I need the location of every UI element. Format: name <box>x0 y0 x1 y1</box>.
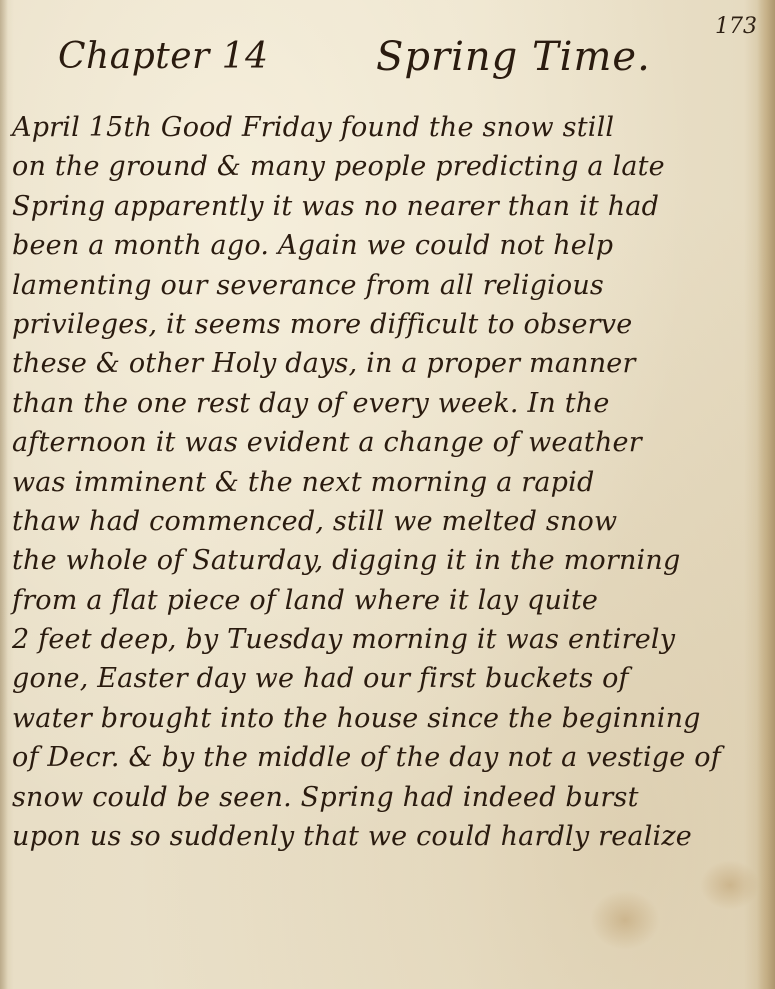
text-line: was imminent & the next morning a rapid <box>12 463 762 502</box>
text-line: from a flat piece of land where it lay q… <box>12 581 762 620</box>
text-line: April 15th Good Friday found the snow st… <box>12 108 762 147</box>
text-line: thaw had commenced, still we melted snow <box>12 502 762 541</box>
chapter-label: Chapter 14 <box>58 36 268 77</box>
page-number: 173 <box>715 14 757 39</box>
text-line: the whole of Saturday, digging it in the… <box>12 541 762 580</box>
text-line: upon us so suddenly that we could hardly… <box>12 817 762 856</box>
text-line: snow could be seen. Spring had indeed bu… <box>12 778 762 817</box>
text-line: of Decr. & by the middle of the day not … <box>12 738 762 777</box>
paper-stain <box>700 860 760 910</box>
manuscript-page: 173 Chapter 14 Spring Time. April 15th G… <box>0 0 775 989</box>
text-line: been a month ago. Again we could not hel… <box>12 226 762 265</box>
text-line: water brought into the house since the b… <box>12 699 762 738</box>
text-line: 2 feet deep, by Tuesday morning it was e… <box>12 620 762 659</box>
text-line: privileges, it seems more difficult to o… <box>12 305 762 344</box>
page-left-edge <box>0 0 8 989</box>
handwritten-text-body: April 15th Good Friday found the snow st… <box>12 108 762 856</box>
text-line: gone, Easter day we had our first bucket… <box>12 659 762 698</box>
chapter-title: Spring Time. <box>376 34 651 80</box>
text-line: afternoon it was evident a change of wea… <box>12 423 762 462</box>
text-line: these & other Holy days, in a proper man… <box>12 344 762 383</box>
text-line: than the one rest day of every week. In … <box>12 384 762 423</box>
paper-stain <box>590 890 660 950</box>
text-line: Spring apparently it was no nearer than … <box>12 187 762 226</box>
text-line: on the ground & many people predicting a… <box>12 147 762 186</box>
text-line: lamenting our severance from all religio… <box>12 266 762 305</box>
